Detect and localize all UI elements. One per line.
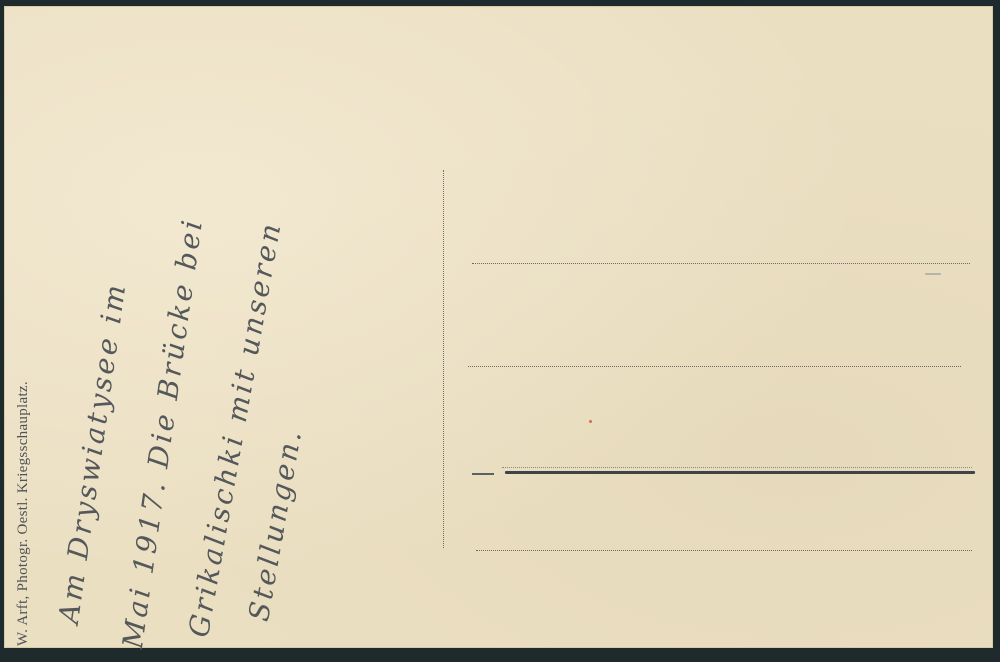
ink-smudge <box>925 273 941 275</box>
address-line-3-lead <box>472 473 494 475</box>
handwritten-line-4: Stellungen. <box>242 426 308 624</box>
address-line-1 <box>472 263 970 264</box>
photographer-imprint: W. Arft, Photogr. Oestl. Kriegsschauplat… <box>15 381 32 646</box>
address-line-3-dotted <box>502 467 972 468</box>
stain-speck <box>589 420 592 423</box>
postcard-back: W. Arft, Photogr. Oestl. Kriegsschauplat… <box>4 6 993 648</box>
vertical-divider <box>443 170 444 548</box>
address-line-3-underline <box>505 471 975 474</box>
handwritten-line-1: Am Dryswiatysee im <box>52 280 133 626</box>
address-line-4 <box>476 550 972 551</box>
address-line-2 <box>468 366 961 367</box>
